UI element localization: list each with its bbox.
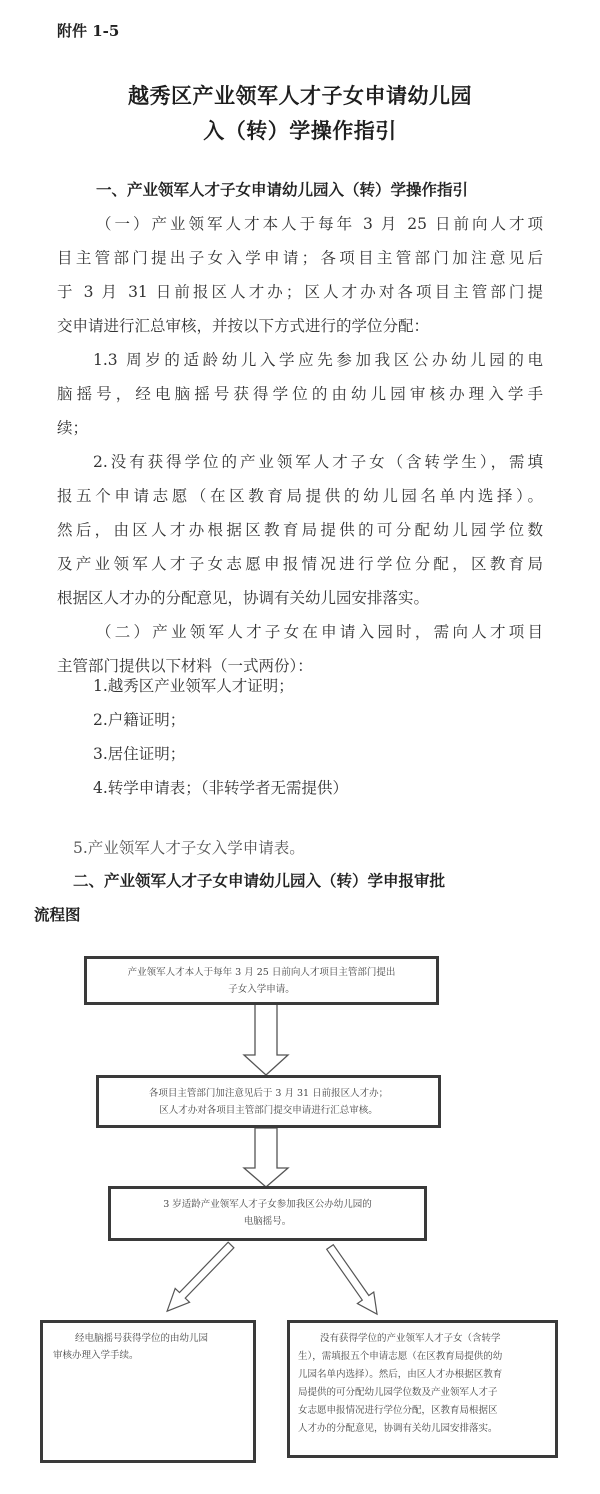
down-arrow-icon (244, 1128, 288, 1187)
branch-text: 局提供的可分配幼儿园学位数及产业领军人才子 (298, 1384, 547, 1402)
branch-text: 人才办的分配意见，协调有关幼儿园安排落实。 (298, 1420, 547, 1438)
step-text: 电脑摇号。 (111, 1213, 424, 1230)
flowchart-branch-right: 没有获得学位的产业领军人才子女（含转学 生），需填报五个申请志愿（在区教育局提供… (287, 1320, 558, 1458)
flowchart-arrows (0, 0, 600, 1494)
branch-text: 没有获得学位的产业领军人才子女（含转学 (298, 1330, 547, 1348)
step-text: 各项目主管部门加注意见后于 3 月 31 日前报区人才办； (99, 1085, 438, 1102)
flowchart-step-3: 3 岁适龄产业领军人才子女参加我区公办幼儿园的 电脑摇号。 (108, 1186, 427, 1241)
flowchart-step-1: 产业领军人才本人于每年 3 月 25 日前向人才项目主管部门提出 子女入学申请。 (84, 956, 439, 1005)
diagonal-arrow-right-icon (322, 1241, 385, 1320)
step-text: 区人才办对各项目主管部门提交申请进行汇总审核。 (99, 1102, 438, 1119)
step-text: 子女入学申请。 (87, 981, 436, 998)
flowchart-branch-left: 经电脑摇号获得学位的由幼儿园 审核办理入学手续。 (40, 1320, 256, 1463)
branch-text: 审核办理入学手续。 (53, 1347, 247, 1364)
branch-text: 女志愿申报情况进行学位分配，区教育局根据区 (298, 1402, 547, 1420)
diagonal-arrow-left-icon (160, 1238, 238, 1318)
step-text: 3 岁适龄产业领军人才子女参加我区公办幼儿园的 (111, 1196, 424, 1213)
branch-text: 生），需填报五个申请志愿（在区教育局提供的幼 (298, 1348, 547, 1366)
down-arrow-icon (244, 1004, 288, 1075)
step-text: 产业领军人才本人于每年 3 月 25 日前向人才项目主管部门提出 (87, 964, 436, 981)
branch-text: 经电脑摇号获得学位的由幼儿园 (53, 1330, 247, 1347)
branch-text: 儿园名单内选择）。然后，由区人才办根据区教育 (298, 1366, 547, 1384)
flowchart-step-2: 各项目主管部门加注意见后于 3 月 31 日前报区人才办； 区人才办对各项目主管… (96, 1075, 441, 1128)
